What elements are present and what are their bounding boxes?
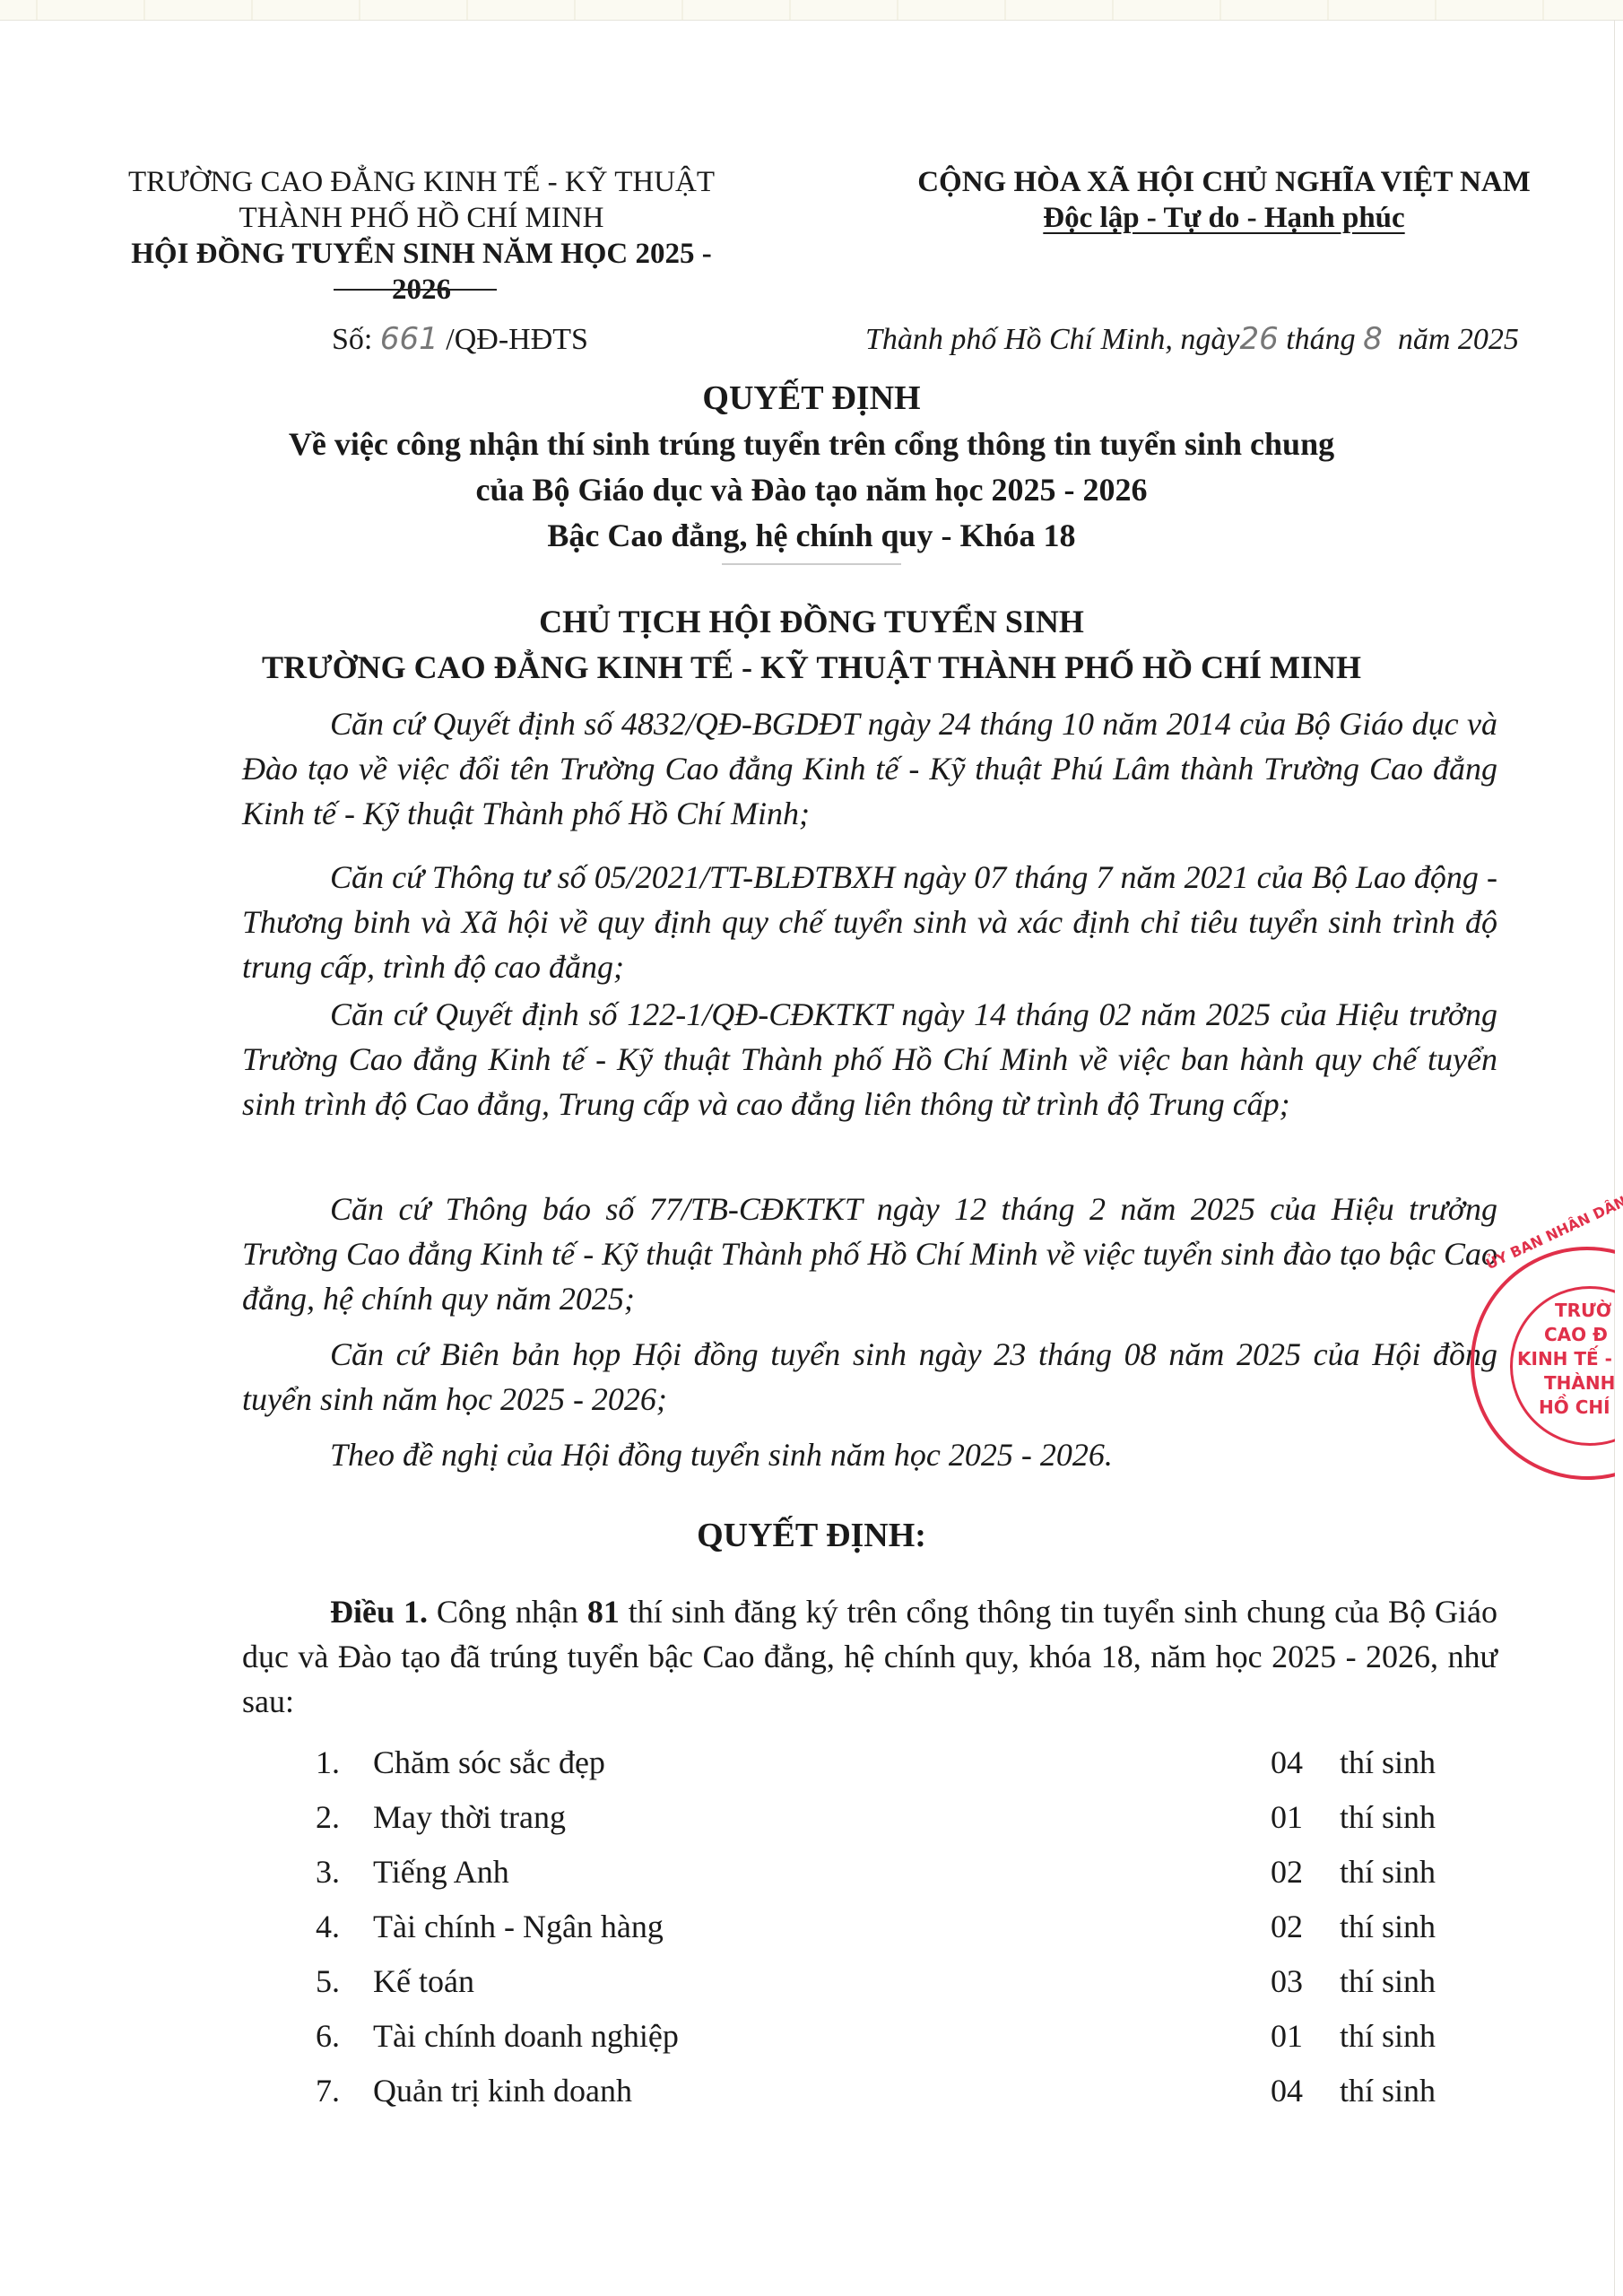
legal-basis-2: Căn cứ Thông tư số 05/2021/TT-BLĐTBXH ng… (242, 855, 1497, 989)
legal-basis-6: Theo đề nghị của Hội đồng tuyển sinh năm… (242, 1432, 1497, 1477)
list-item: 6.Tài chính doanh nghiệp01thí sinh (316, 2013, 1481, 2068)
decision-heading: QUYẾT ĐỊNH: (90, 1512, 1533, 1559)
admitted-count: 02 (1271, 1849, 1303, 1894)
article-1-text-before: Công nhận (437, 1594, 578, 1630)
major-name: Chăm sóc sắc đẹp (373, 1740, 605, 1785)
major-name: Kế toán (373, 1959, 474, 2004)
date-month: 8 (1363, 321, 1383, 357)
stamp-line-5: HỒ CHÍ (1539, 1396, 1610, 1418)
document-title: QUYẾT ĐỊNH (90, 375, 1533, 422)
date-month-label: tháng (1286, 323, 1355, 356)
majors-list: 1.Chăm sóc sắc đẹp04thí sinh2.May thời t… (316, 1740, 1481, 2123)
count-unit: thí sinh (1340, 1795, 1436, 1839)
admitted-count: 01 (1271, 2013, 1303, 2058)
item-number: 6. (316, 2013, 340, 2058)
item-number: 5. (316, 1959, 340, 2004)
count-unit: thí sinh (1340, 2068, 1436, 2113)
item-number: 4. (316, 1904, 340, 1949)
date-day: 26 (1239, 321, 1278, 357)
document-number-prefix: Số: (332, 323, 372, 356)
item-number: 1. (316, 1740, 340, 1785)
article-1-text-after: thí sinh đăng ký trên cổng thông tin tuy… (242, 1594, 1497, 1719)
document-subject-line3: Bậc Cao đẳng, hệ chính quy - Khóa 18 (90, 513, 1533, 559)
major-name: May thời trang (373, 1795, 566, 1839)
item-number: 7. (316, 2068, 340, 2113)
document-subject-line1: Về việc công nhận thí sinh trúng tuyển t… (90, 422, 1533, 467)
school-name-line1: TRƯỜNG CAO ĐẲNG KINH TẾ - KỸ THUẬT (108, 164, 735, 200)
stamp-line-4: THÀNH (1544, 1372, 1615, 1394)
country-name: CỘNG HÒA XÃ HỘI CHỦ NGHĨA VIỆT NAM (883, 164, 1565, 200)
list-item: 3.Tiếng Anh02thí sinh (316, 1849, 1481, 1904)
major-name: Tài chính - Ngân hàng (373, 1904, 664, 1949)
document-number: Số: 661 /QĐ-HĐTS (332, 321, 588, 357)
count-unit: thí sinh (1340, 1740, 1436, 1785)
count-unit: thí sinh (1340, 1959, 1436, 2004)
count-unit: thí sinh (1340, 1849, 1436, 1894)
legal-basis-4: Căn cứ Thông báo số 77/TB-CĐKTKT ngày 12… (242, 1187, 1497, 1321)
authority-line2: TRƯỜNG CAO ĐẲNG KINH TẾ - KỸ THUẬT THÀNH… (90, 645, 1533, 691)
date-prefix: Thành phố Hồ Chí Minh, ngày (865, 323, 1239, 356)
date-year: năm 2025 (1398, 323, 1519, 356)
major-name: Quản trị kinh doanh (373, 2068, 632, 2113)
legal-basis-5: Căn cứ Biên bản họp Hội đồng tuyển sinh … (242, 1332, 1497, 1422)
count-unit: thí sinh (1340, 2013, 1436, 2058)
list-item: 4.Tài chính - Ngân hàng02thí sinh (316, 1904, 1481, 1959)
document-number-handwritten: 661 (380, 321, 438, 357)
article-1-label: Điều 1. (330, 1594, 428, 1630)
legal-basis-1: Căn cứ Quyết định số 4832/QĐ-BGDĐT ngày … (242, 701, 1497, 836)
count-unit: thí sinh (1340, 1904, 1436, 1949)
list-item: 2.May thời trang01thí sinh (316, 1795, 1481, 1849)
title-rule (722, 563, 901, 565)
admitted-count: 03 (1271, 1959, 1303, 2004)
date-line: Thành phố Hồ Chí Minh, ngày26 tháng 8 nă… (865, 321, 1519, 357)
authority-line1: CHỦ TỊCH HỘI ĐỒNG TUYỂN SINH (90, 599, 1533, 645)
document-title-block: QUYẾT ĐỊNH Về việc công nhận thí sinh tr… (90, 375, 1533, 559)
major-name: Tiếng Anh (373, 1849, 509, 1894)
admitted-count: 04 (1271, 2068, 1303, 2113)
page-edge-mask (1615, 1238, 1623, 1507)
stamp-line-3: KINH TẾ - K (1517, 1348, 1623, 1370)
header-left-rule (334, 289, 497, 291)
council-name: HỘI ĐỒNG TUYỂN SINH NĂM HỌC 2025 - 2026 (108, 236, 735, 308)
legal-basis-3: Căn cứ Quyết định số 122-1/QĐ-CĐKTKT ngà… (242, 992, 1497, 1126)
stamp-outer-text: ỦY BAN NHÂN DÂN THÀNH (1483, 1167, 1623, 1274)
admitted-count: 01 (1271, 1795, 1303, 1839)
stamp-line-1: TRƯỜ (1555, 1300, 1611, 1321)
major-name: Tài chính doanh nghiệp (373, 2013, 679, 2058)
scan-edge-right (1614, 20, 1615, 2296)
list-item: 1.Chăm sóc sắc đẹp04thí sinh (316, 1740, 1481, 1795)
national-motto: CỘNG HÒA XÃ HỘI CHỦ NGHĨA VIỆT NAM Độc l… (883, 164, 1565, 236)
item-number: 2. (316, 1795, 340, 1839)
admitted-count: 02 (1271, 1904, 1303, 1949)
admitted-count: 04 (1271, 1740, 1303, 1785)
authority-block: CHỦ TỊCH HỘI ĐỒNG TUYỂN SINH TRƯỜNG CAO … (90, 599, 1533, 691)
stamp-line-2: CAO Đ (1544, 1324, 1608, 1345)
list-item: 7.Quản trị kinh doanh04thí sinh (316, 2068, 1481, 2123)
document-subject-line2: của Bộ Giáo dục và Đào tạo năm học 2025 … (90, 467, 1533, 513)
list-item: 5.Kế toán03thí sinh (316, 1959, 1481, 2013)
document-number-suffix: /QĐ-HĐTS (446, 323, 588, 356)
school-name-line2: THÀNH PHỐ HỒ CHÍ MINH (108, 200, 735, 236)
article-1-count: 81 (587, 1594, 620, 1630)
issuing-authority: TRƯỜNG CAO ĐẲNG KINH TẾ - KỸ THUẬT THÀNH… (108, 164, 735, 308)
motto: Độc lập - Tự do - Hạnh phúc (883, 200, 1565, 236)
article-1: Điều 1. Công nhận 81 thí sinh đăng ký tr… (242, 1589, 1497, 1724)
scan-edge-top (0, 0, 1623, 21)
item-number: 3. (316, 1849, 340, 1894)
